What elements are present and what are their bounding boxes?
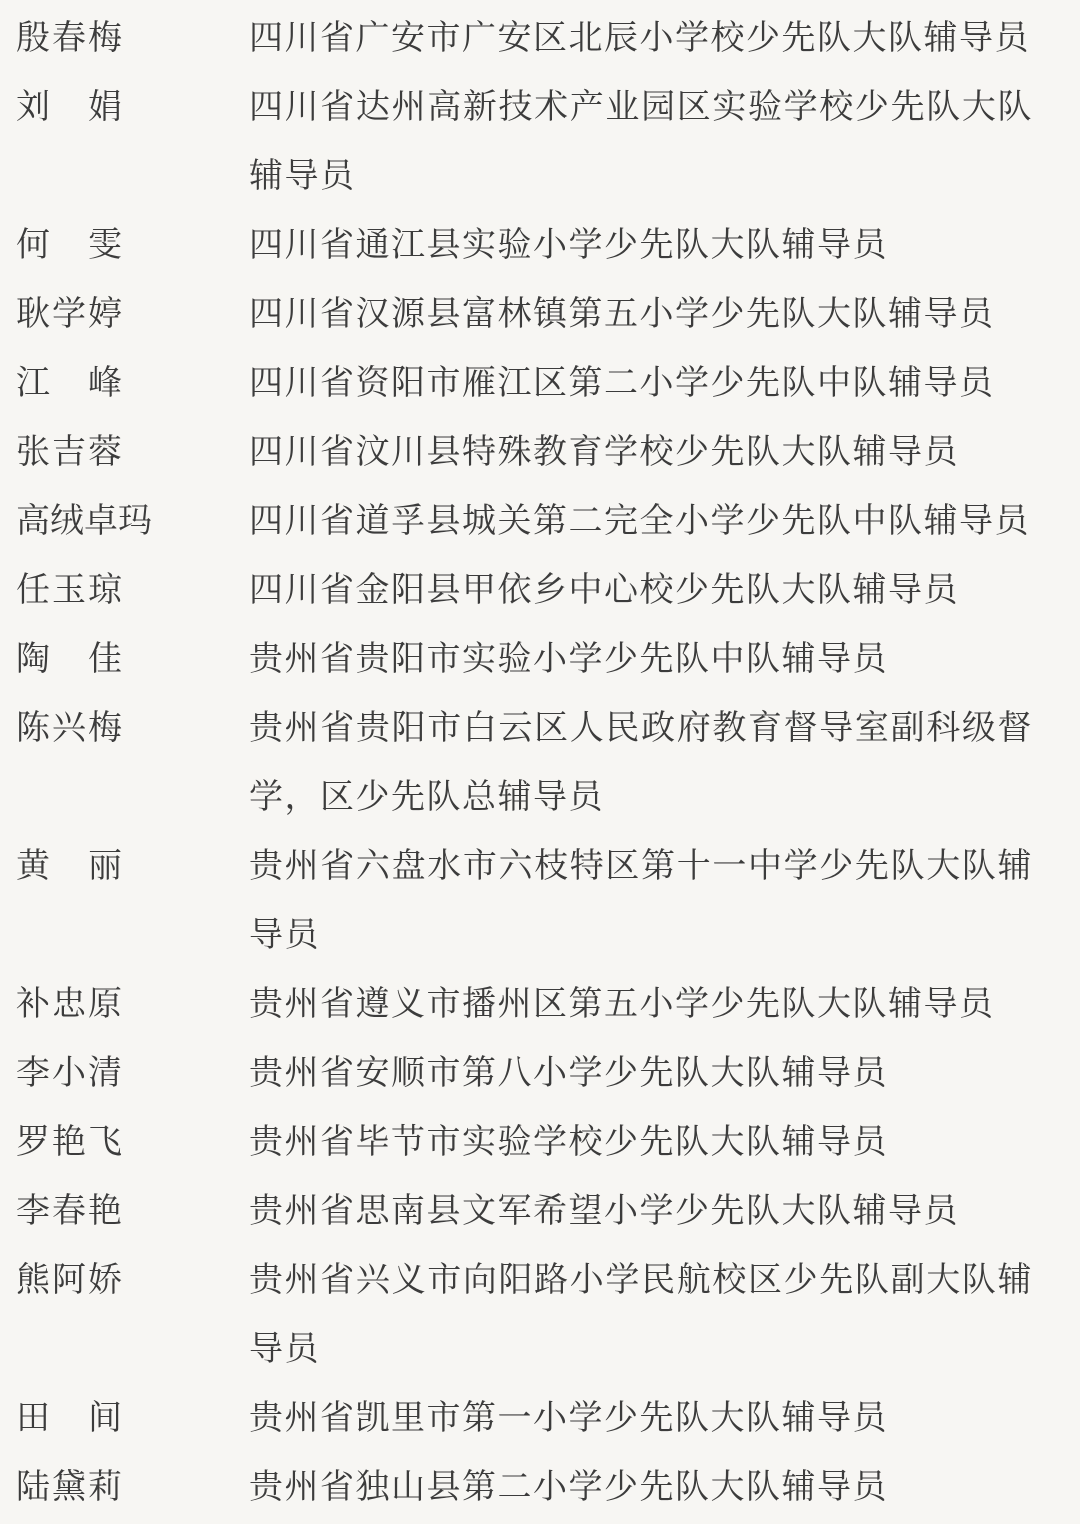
roster-row: 陈兴梅 贵州省贵阳市白云区人民政府教育督导室副科级督学，区少先队总辅导员: [0, 694, 1080, 832]
roster-row: 高绒卓玛 四川省道孚县城关第二完全小学少先队中队辅导员: [0, 487, 1080, 556]
name-cell: 陈兴梅: [0, 694, 249, 763]
name-cell: 张吉蓉: [0, 418, 249, 487]
name-cell: 黄丽: [0, 832, 249, 901]
roster-row: 田间 贵州省凯里市第一小学少先队大队辅导员: [0, 1384, 1080, 1453]
person-name: 刘娟: [16, 73, 122, 142]
name-cell: 江峰: [0, 349, 249, 418]
name-cell: 罗艳飞: [0, 1108, 249, 1177]
person-name: 田间: [16, 1384, 122, 1453]
person-affiliation: 贵州省毕节市实验学校少先队大队辅导员: [249, 1108, 1033, 1177]
name-cell: 何雯: [0, 211, 249, 280]
name-cell: 陆黛莉: [0, 1453, 249, 1522]
name-cell: 李小清: [0, 1039, 249, 1108]
person-affiliation: 贵州省贵阳市白云区人民政府教育督导室副科级督学，区少先队总辅导员: [249, 694, 1033, 832]
roster-row: 熊阿娇 贵州省兴义市向阳路小学民航校区少先队副大队辅导员: [0, 1246, 1080, 1384]
roster-row: 江峰 四川省资阳市雁江区第二小学少先队中队辅导员: [0, 349, 1080, 418]
name-cell: 田间: [0, 1384, 249, 1453]
person-affiliation: 四川省汶川县特殊教育学校少先队大队辅导员: [249, 418, 1033, 487]
roster-row: 殷春梅 四川省广安市广安区北辰小学校少先队大队辅导员: [0, 4, 1080, 73]
roster-row: 陆黛莉 贵州省独山县第二小学少先队大队辅导员: [0, 1453, 1080, 1522]
roster-row: 陶佳 贵州省贵阳市实验小学少先队中队辅导员: [0, 625, 1080, 694]
roster-row: 张吉蓉 四川省汶川县特殊教育学校少先队大队辅导员: [0, 418, 1080, 487]
person-name: 熊阿娇: [16, 1246, 122, 1315]
person-name: 张吉蓉: [16, 418, 122, 487]
person-affiliation: 贵州省兴义市向阳路小学民航校区少先队副大队辅导员: [249, 1246, 1033, 1384]
name-cell: 补忠原: [0, 970, 249, 1039]
person-affiliation: 贵州省六盘水市六枝特区第十一中学少先队大队辅导员: [249, 832, 1033, 970]
person-name: 陈兴梅: [16, 694, 122, 763]
person-affiliation: 四川省广安市广安区北辰小学校少先队大队辅导员: [249, 4, 1033, 73]
document-page: 殷春梅 四川省广安市广安区北辰小学校少先队大队辅导员 刘娟 四川省达州高新技术产…: [0, 0, 1080, 1524]
person-affiliation: 贵州省贵阳市实验小学少先队中队辅导员: [249, 625, 1033, 694]
person-name: 补忠原: [16, 970, 122, 1039]
person-affiliation: 贵州省凯里市第一小学少先队大队辅导员: [249, 1384, 1033, 1453]
name-cell: 陶佳: [0, 625, 249, 694]
person-name: 耿学婷: [16, 280, 122, 349]
name-cell: 熊阿娇: [0, 1246, 249, 1315]
person-name: 李春艳: [16, 1177, 122, 1246]
person-affiliation: 贵州省独山县第二小学少先队大队辅导员: [249, 1453, 1033, 1522]
name-cell: 殷春梅: [0, 4, 249, 73]
person-affiliation: 贵州省安顺市第八小学少先队大队辅导员: [249, 1039, 1033, 1108]
person-name: 罗艳飞: [16, 1108, 122, 1177]
roster-row: 罗艳飞 贵州省毕节市实验学校少先队大队辅导员: [0, 1108, 1080, 1177]
person-name: 何雯: [16, 211, 122, 280]
roster-row: 何雯 四川省通江县实验小学少先队大队辅导员: [0, 211, 1080, 280]
name-cell: 耿学婷: [0, 280, 249, 349]
person-name: 高绒卓玛: [16, 487, 152, 556]
roster-row: 耿学婷 四川省汉源县富林镇第五小学少先队大队辅导员: [0, 280, 1080, 349]
roster-row: 李小清 贵州省安顺市第八小学少先队大队辅导员: [0, 1039, 1080, 1108]
roster-row: 黄丽 贵州省六盘水市六枝特区第十一中学少先队大队辅导员: [0, 832, 1080, 970]
person-name: 江峰: [16, 349, 122, 418]
person-affiliation: 四川省汉源县富林镇第五小学少先队大队辅导员: [249, 280, 1033, 349]
roster-row: 任玉琼 四川省金阳县甲依乡中心校少先队大队辅导员: [0, 556, 1080, 625]
person-affiliation: 四川省资阳市雁江区第二小学少先队中队辅导员: [249, 349, 1033, 418]
person-name: 陶佳: [16, 625, 122, 694]
person-affiliation: 四川省达州高新技术产业园区实验学校少先队大队辅导员: [249, 73, 1033, 211]
person-name: 任玉琼: [16, 556, 122, 625]
person-name: 李小清: [16, 1039, 122, 1108]
person-affiliation: 四川省道孚县城关第二完全小学少先队中队辅导员: [249, 487, 1033, 556]
person-affiliation: 贵州省遵义市播州区第五小学少先队大队辅导员: [249, 970, 1033, 1039]
person-affiliation: 贵州省思南县文军希望小学少先队大队辅导员: [249, 1177, 1033, 1246]
person-name: 黄丽: [16, 832, 122, 901]
person-affiliation: 四川省通江县实验小学少先队大队辅导员: [249, 211, 1033, 280]
person-name: 殷春梅: [16, 4, 122, 73]
person-name: 陆黛莉: [16, 1453, 122, 1522]
roster-list: 殷春梅 四川省广安市广安区北辰小学校少先队大队辅导员 刘娟 四川省达州高新技术产…: [0, 4, 1080, 1522]
name-cell: 任玉琼: [0, 556, 249, 625]
roster-row: 补忠原 贵州省遵义市播州区第五小学少先队大队辅导员: [0, 970, 1080, 1039]
name-cell: 刘娟: [0, 73, 249, 142]
name-cell: 高绒卓玛: [0, 487, 249, 556]
name-cell: 李春艳: [0, 1177, 249, 1246]
roster-row: 李春艳 贵州省思南县文军希望小学少先队大队辅导员: [0, 1177, 1080, 1246]
person-affiliation: 四川省金阳县甲依乡中心校少先队大队辅导员: [249, 556, 1033, 625]
roster-row: 刘娟 四川省达州高新技术产业园区实验学校少先队大队辅导员: [0, 73, 1080, 211]
